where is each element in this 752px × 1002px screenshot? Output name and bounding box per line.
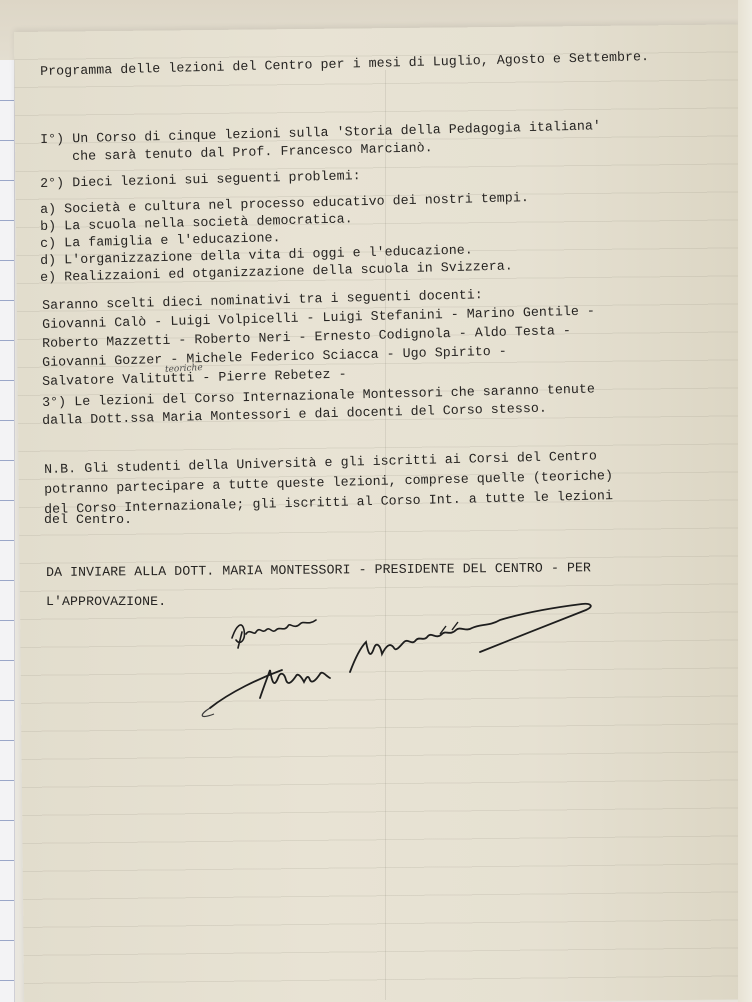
binder-page-edge — [0, 60, 15, 1002]
page-right-edge — [738, 0, 752, 1002]
footer-instruction-line-2: L'APPROVAZIONE. — [46, 594, 166, 609]
nota-bene-line-4: del Centro. — [44, 512, 132, 527]
handwritten-insertion-teoriche: teoriche — [165, 363, 203, 375]
paper-fold-line — [385, 70, 386, 1000]
handwritten-signature — [190, 590, 650, 720]
